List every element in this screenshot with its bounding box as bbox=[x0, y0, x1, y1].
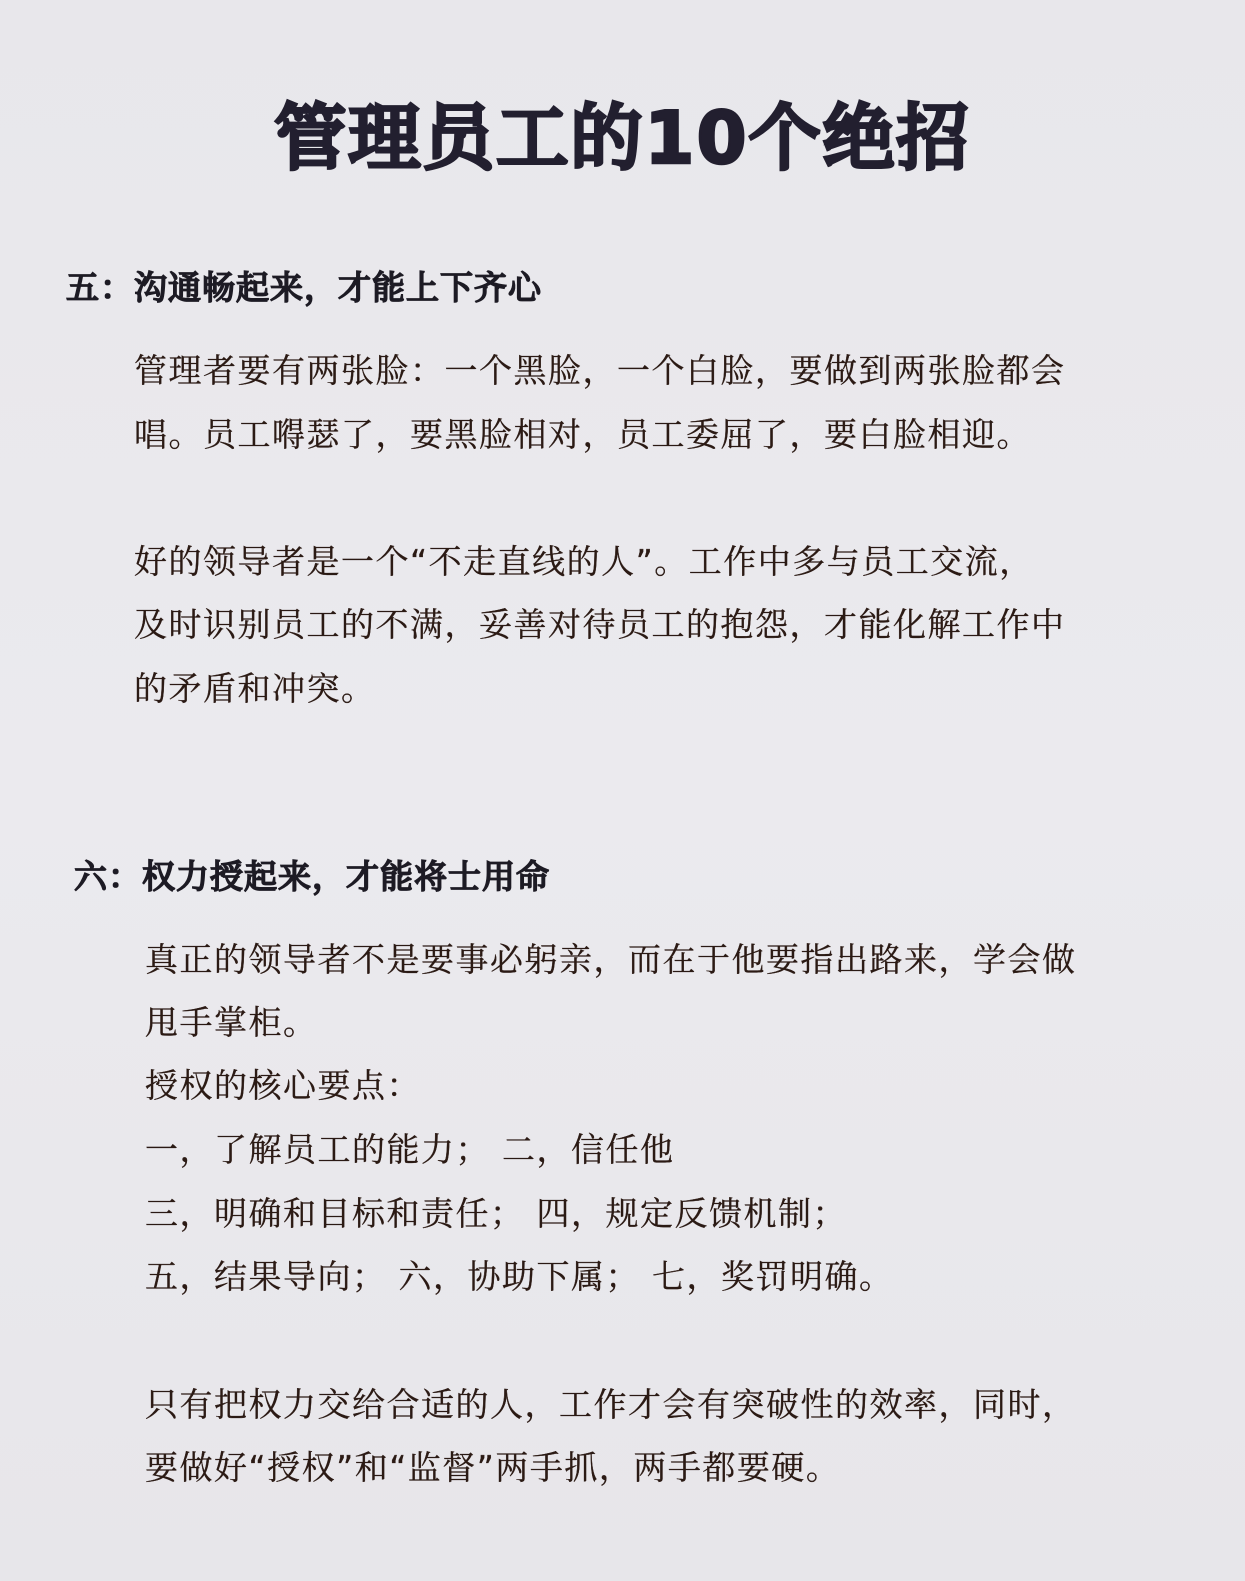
authorization-points-label: 授权的核心要点： bbox=[145, 1061, 421, 1111]
section-6-conclusion-line-1: 只有把权力交给合适的人，工作才会有突破性的效率，同时， bbox=[145, 1380, 1077, 1430]
section-6-conclusion-line-2: 要做好“授权”和“监督”两手抓，两手都要硬。 bbox=[145, 1443, 840, 1493]
section-heading-5: 五：沟通畅起来，才能上下齐心 bbox=[66, 263, 542, 313]
authorization-points-line-2: 三，明确和目标和责任； 四，规定反馈机制； bbox=[145, 1189, 847, 1239]
section-5-paragraph-1-line-2: 唱。员工嘚瑟了，要黑脸相对，员工委屈了，要白脸相迎。 bbox=[134, 410, 1031, 460]
page-title: 管理员工的10个绝招 bbox=[0, 88, 1245, 188]
section-5-paragraph-2-line-2: 及时识别员工的不满，妥善对待员工的抱怨，才能化解工作中 bbox=[134, 600, 1066, 650]
section-6-paragraph-1-line-1: 真正的领导者不是要事必躬亲，而在于他要指出路来，学会做 bbox=[145, 935, 1077, 985]
authorization-points-line-1: 一，了解员工的能力； 二，信任他 bbox=[145, 1125, 675, 1175]
section-6-paragraph-1-line-2: 甩手掌柜。 bbox=[145, 998, 318, 1048]
section-heading-6: 六：权力授起来，才能将士用命 bbox=[74, 852, 550, 902]
authorization-points-line-3: 五，结果导向； 六，协助下属； 七，奖罚明确。 bbox=[145, 1252, 893, 1302]
section-5-paragraph-2-line-1: 好的领导者是一个“不走直线的人”。工作中多与员工交流， bbox=[134, 537, 1034, 587]
section-5-paragraph-1-line-1: 管理者要有两张脸：一个黑脸，一个白脸，要做到两张脸都会 bbox=[134, 346, 1066, 396]
section-5-paragraph-2-line-3: 的矛盾和冲突。 bbox=[134, 664, 376, 714]
document-page: 管理员工的10个绝招 五：沟通畅起来，才能上下齐心 管理者要有两张脸：一个黑脸，… bbox=[0, 0, 1245, 1581]
